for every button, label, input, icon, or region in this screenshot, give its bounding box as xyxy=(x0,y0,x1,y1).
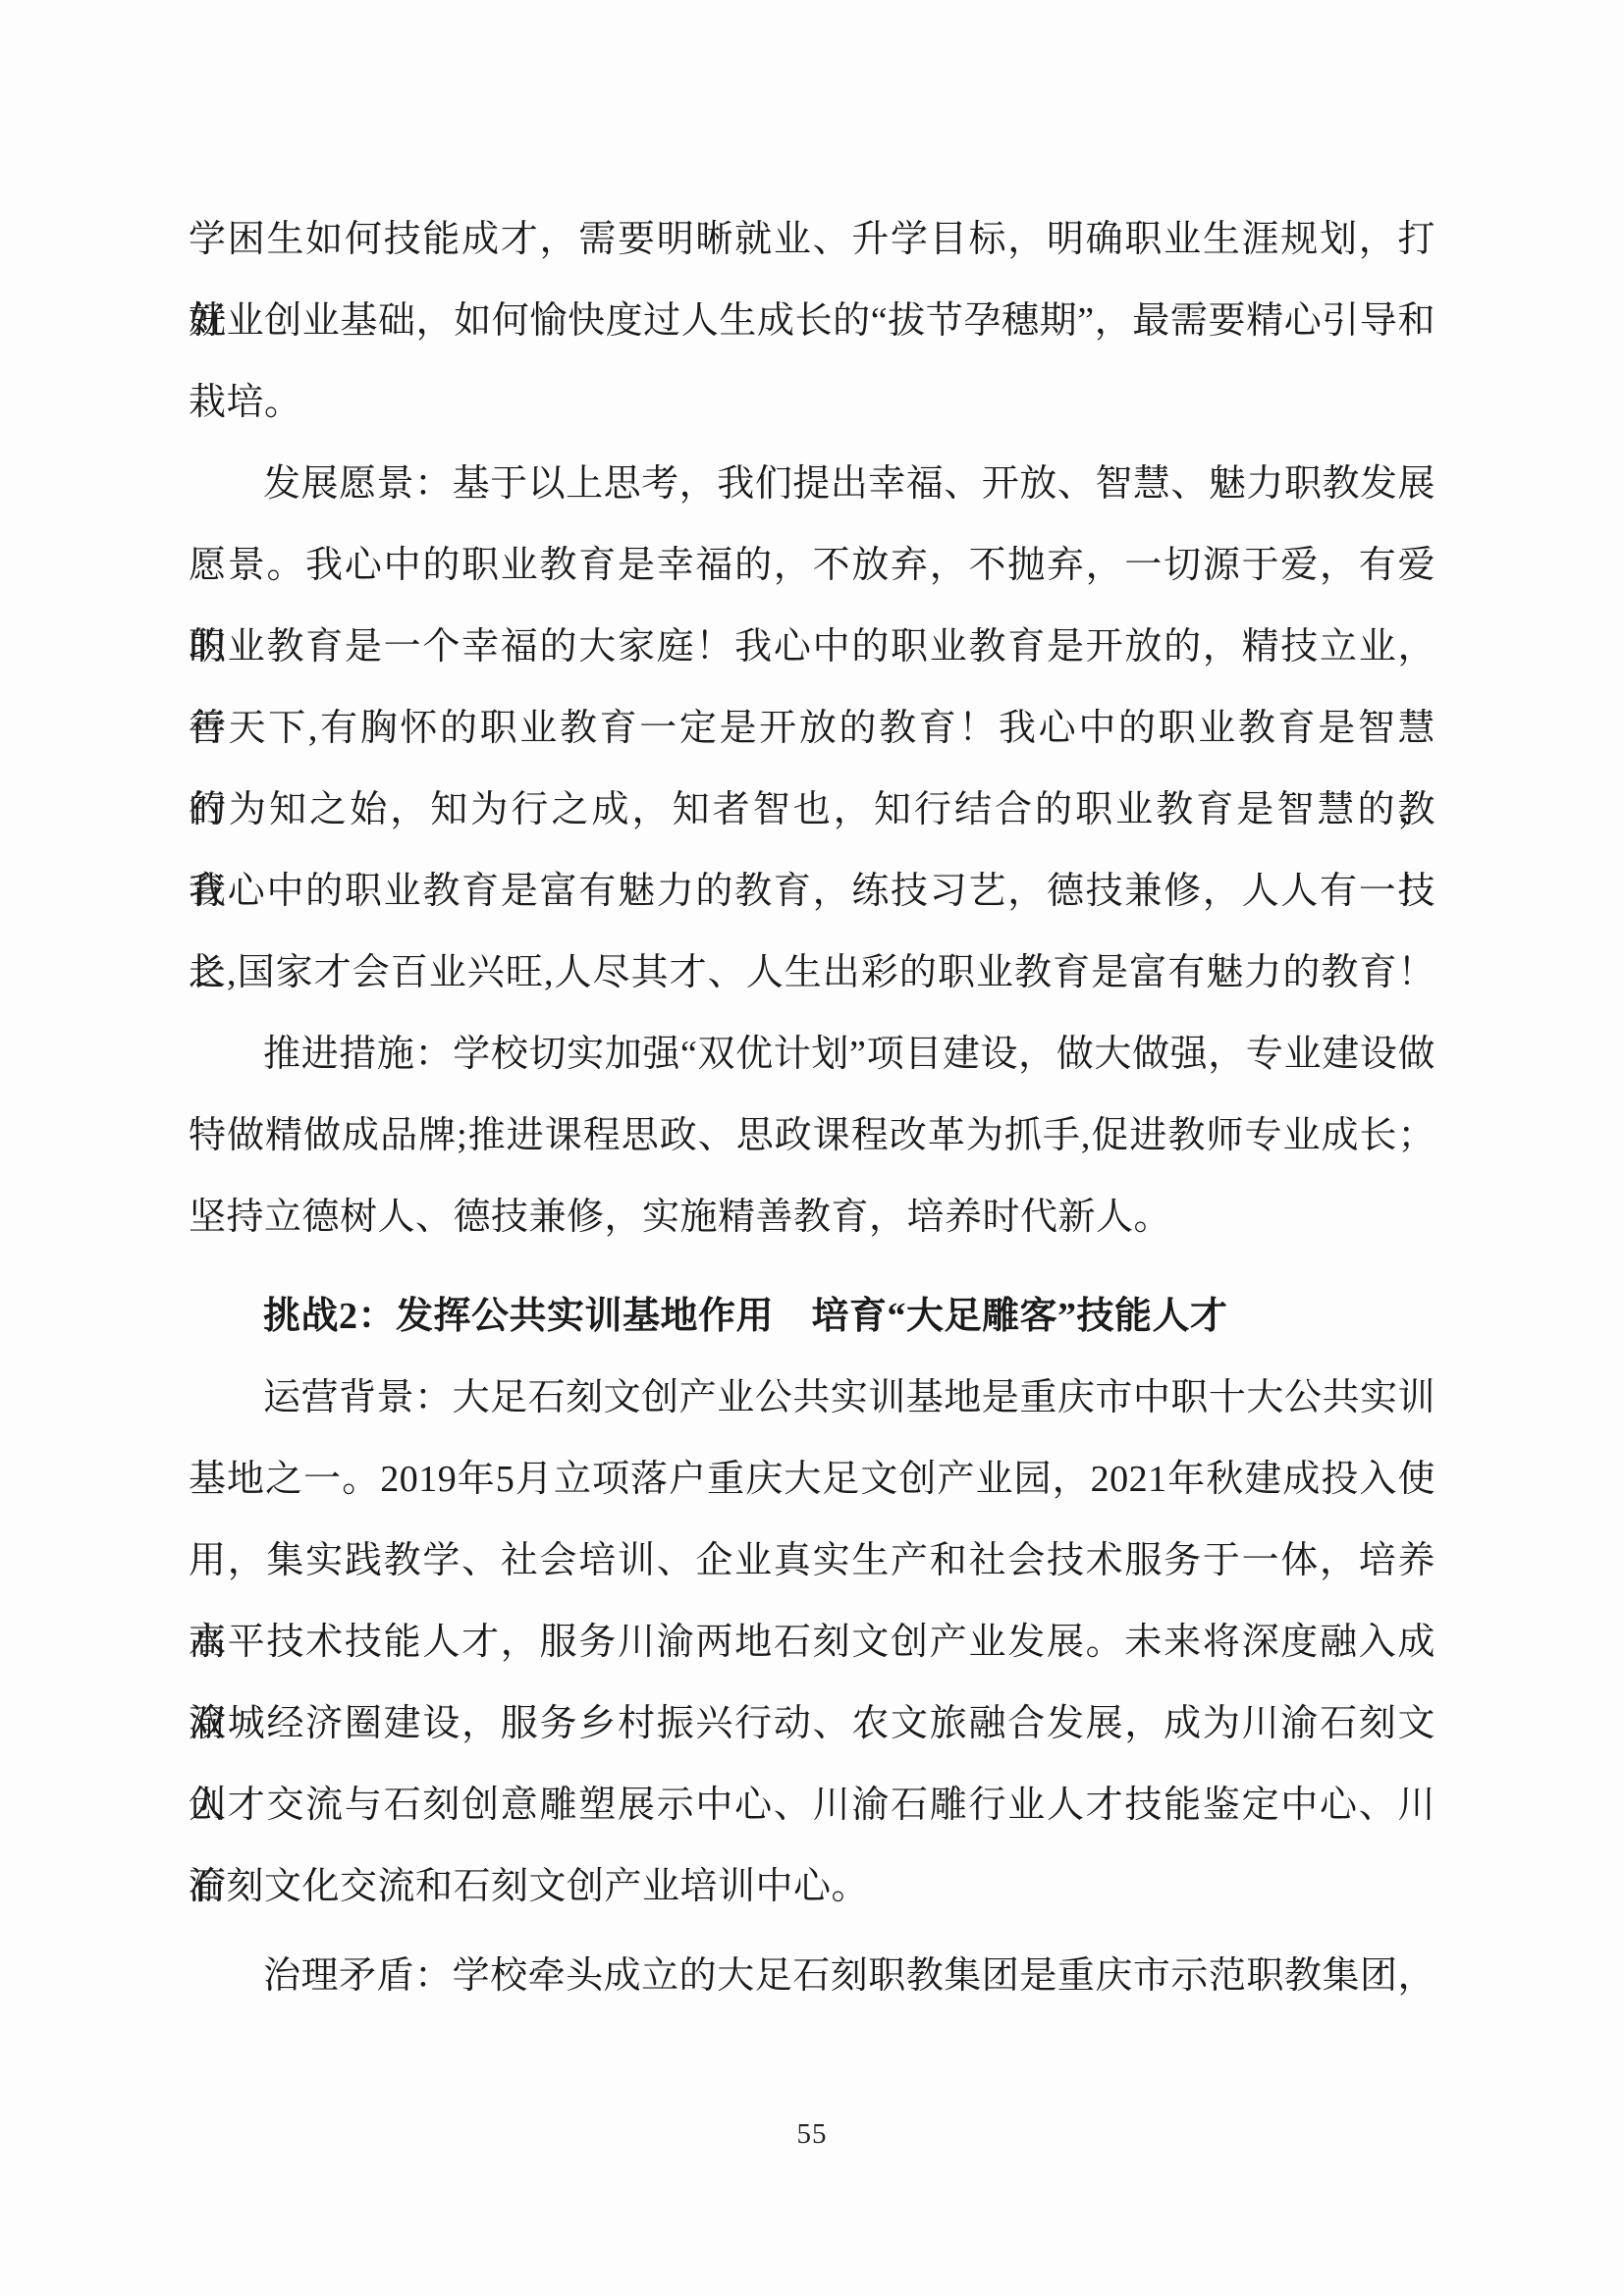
text-line: 双城经济圈建设，服务乡村振兴行动、农文旅融合发展，成为川渝石刻文创 xyxy=(189,1683,1435,1765)
text-line: 推进措施：学校切实加强“双优计划”项目建设，做大做强，专业建设做 xyxy=(189,1014,1435,1095)
text-line: 学困生如何技能成才，需要明晰就业、升学目标，明确职业生涯规划，打好 xyxy=(189,199,1435,281)
text-block: 学困生如何技能成才，需要明晰就业、升学目标，明确职业生涯规划，打好就业创业基础，… xyxy=(189,199,1435,2017)
text-line: 运营背景：大足石刻文创产业公共实训基地是重庆市中职十大公共实训 xyxy=(189,1358,1435,1439)
text-line: 我心中的职业教育是富有魅力的教育，练技习艺，德技兼修，人人有一技之 xyxy=(189,851,1435,933)
text-line: 基地之一。2019年5月立项落户重庆大足文创产业园，2021年秋建成投入使 xyxy=(189,1439,1435,1521)
document-page: 学困生如何技能成才，需要明晰就业、升学目标，明确职业生涯规划，打好就业创业基础，… xyxy=(0,0,1624,2296)
text-line: 行天下,有胸怀的职业教育一定是开放的教育！我心中的职业教育是智慧的， xyxy=(189,688,1435,770)
page-number: 55 xyxy=(0,2118,1624,2151)
text-line: 愿景。我心中的职业教育是幸福的，不放弃，不抛弃，一切源于爱，有爱的 xyxy=(189,525,1435,607)
text-line: 坚持立德树人、德技兼修，实施精善教育，培养时代新人。 xyxy=(189,1177,1435,1258)
text-line: 水平技术技能人才，服务川渝两地石刻文创产业发展。未来将深度融入成渝 xyxy=(189,1602,1435,1683)
text-line: 人才交流与石刻创意雕塑展示中心、川渝石雕行业人才技能鉴定中心、川渝 xyxy=(189,1765,1435,1846)
text-line: 发展愿景：基于以上思考，我们提出幸福、开放、智慧、魅力职教发展 xyxy=(189,444,1435,525)
text-line: 特做精做成品牌;推进课程思政、思政课程改革为抓手,促进教师专业成长； xyxy=(189,1095,1435,1177)
text-line: 长,国家才会百业兴旺,人尽其才、人生出彩的职业教育是富有魅力的教育！ xyxy=(189,933,1435,1014)
text-line: 职业教育是一个幸福的大家庭！我心中的职业教育是开放的，精技立业，善 xyxy=(189,607,1435,688)
text-line: 石刻文化交流和石刻文创产业培训中心。 xyxy=(189,1846,1435,1928)
text-line: 用，集实践教学、社会培训、企业真实生产和社会技术服务于一体，培养高 xyxy=(189,1521,1435,1602)
text-line: 栽培。 xyxy=(189,362,1435,444)
section-heading: 挑战2：发挥公共实训基地作用 培育“大足雕客”技能人才 xyxy=(189,1276,1435,1358)
text-line: 治理矛盾：学校牵头成立的大足石刻职教集团是重庆市示范职教集团， xyxy=(189,1936,1435,2017)
text-line: 行为知之始，知为行之成，知者智也，知行结合的职业教育是智慧的教育！ xyxy=(189,770,1435,851)
text-line: 就业创业基础，如何愉快度过人生成长的“拔节孕穗期”，最需要精心引导和 xyxy=(189,281,1435,362)
